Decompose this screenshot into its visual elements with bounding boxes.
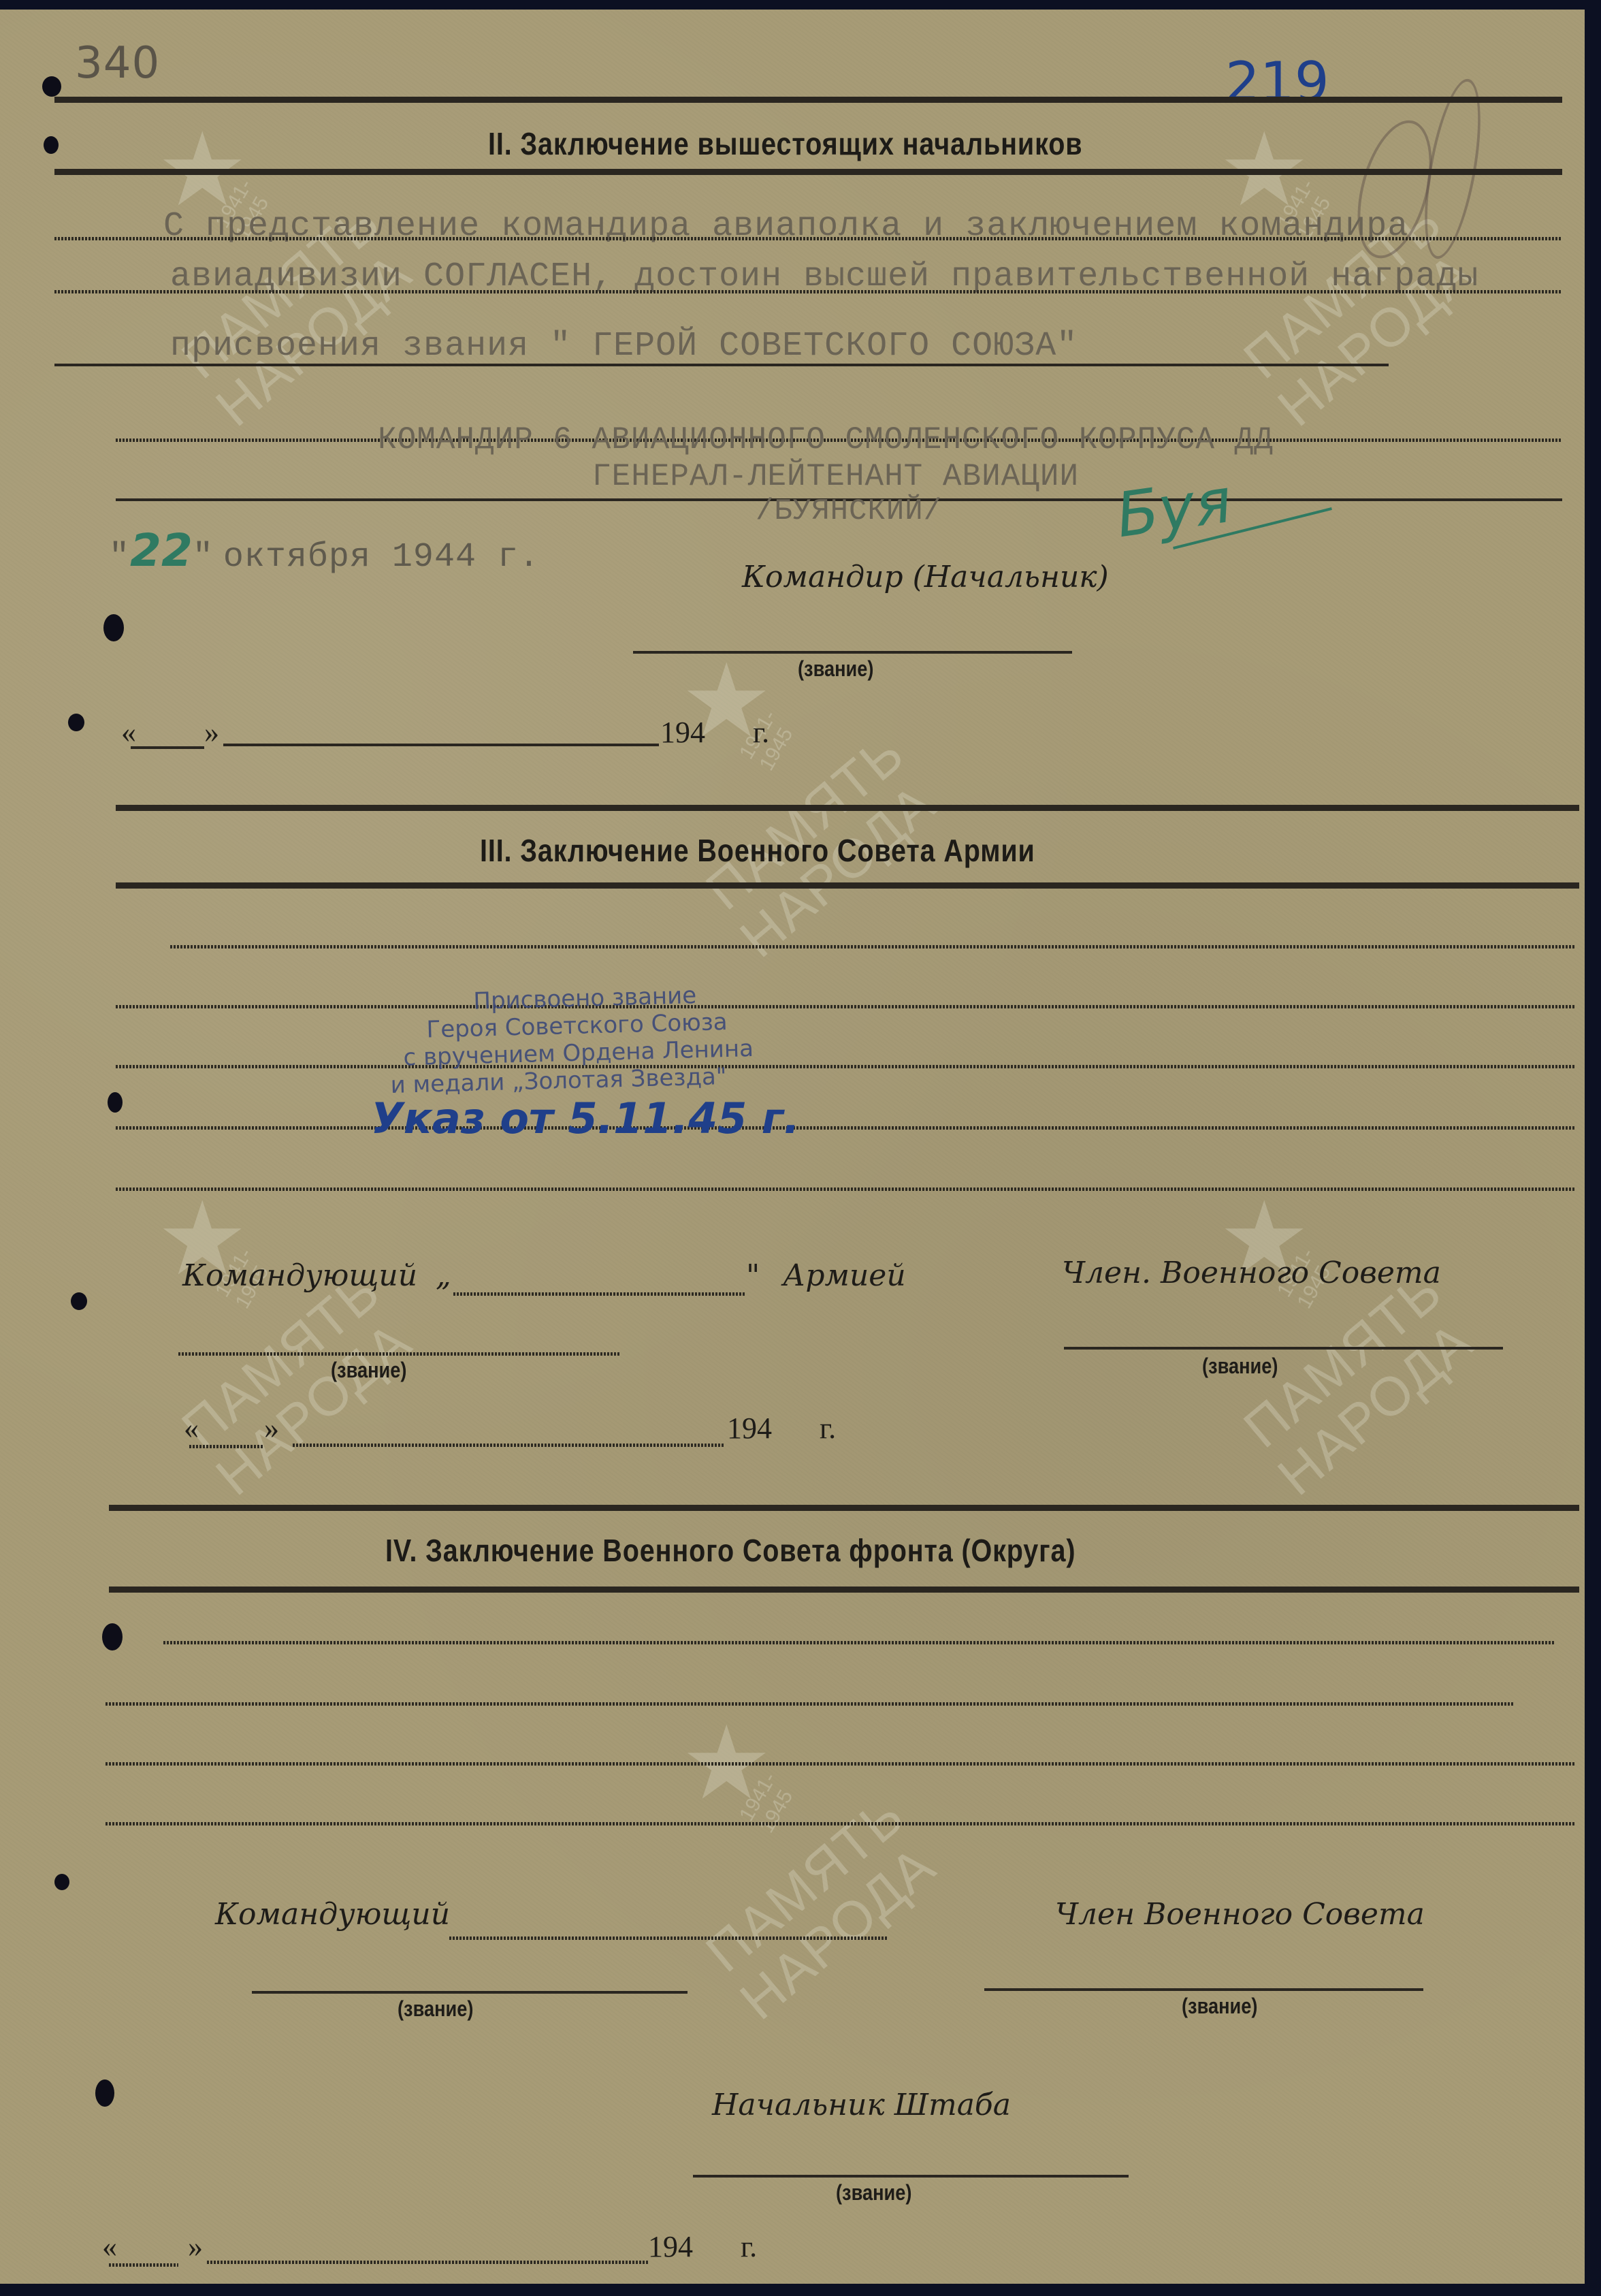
rank-caption: (звание) xyxy=(798,656,873,682)
fill-line xyxy=(116,1065,1576,1068)
decree-note: Указ от 5.11.45 г. xyxy=(371,1094,800,1143)
punch-hole xyxy=(95,2079,114,2107)
date-month-year: октября 1944 г. xyxy=(223,538,540,577)
fill-line xyxy=(54,364,1389,366)
signatory-title: КОМАНДИР 6 АВИАЦИОННОГО СМОЛЕНСКОГО КОРП… xyxy=(378,422,1274,458)
fill-line xyxy=(163,1641,1555,1644)
fill-line xyxy=(106,1822,1576,1825)
army-label: Армией xyxy=(783,1258,906,1293)
blank-date-close: » xyxy=(204,715,219,750)
punch-hole xyxy=(108,1092,123,1113)
blank-year-suffix: г. xyxy=(820,1411,836,1446)
council-member-label: Член Военного Совета xyxy=(1055,1897,1425,1932)
rank-caption: (звание) xyxy=(398,1996,473,2022)
blank-day-line xyxy=(131,746,204,749)
commander-label: Командир (Начальник) xyxy=(742,560,1109,594)
section-2-date: "22" октября 1944 г. xyxy=(109,524,540,577)
blank-month-line xyxy=(293,1444,725,1447)
rank-line xyxy=(178,1352,621,1356)
rank-caption: (звание) xyxy=(836,2180,911,2205)
blank-date-open: « xyxy=(102,2229,117,2264)
divider xyxy=(109,1505,1579,1511)
front-commander-label: Командующий xyxy=(215,1897,450,1932)
fill-line xyxy=(106,1702,1515,1706)
date-day: 22 xyxy=(130,524,193,577)
council-member-label: Член. Военного Совета xyxy=(1062,1256,1441,1290)
blank-year: 194 xyxy=(727,1411,772,1446)
punch-hole xyxy=(68,714,84,731)
blank-day-line xyxy=(189,1445,264,1448)
award-stamp: Присвоено звание Героя Советского Союза … xyxy=(388,980,754,1099)
punch-hole xyxy=(54,1874,69,1890)
signature: Буя xyxy=(1112,465,1236,552)
blank-year-suffix: г. xyxy=(753,715,769,750)
fill-line xyxy=(170,945,1576,948)
archive-number-pencil: 340 xyxy=(75,38,160,89)
document-page: ★ 1941-1945 ПАМЯТЬ НАРОДА ★ 1941-1945 ПА… xyxy=(0,10,1585,2284)
section-4-title: IV. Заключение Военного Совета фронта (О… xyxy=(385,1532,1076,1569)
rank-caption: (звание) xyxy=(1202,1354,1278,1379)
rank-line xyxy=(984,1988,1423,1991)
blank-day-line xyxy=(109,2263,178,2267)
punch-hole xyxy=(102,1623,123,1651)
blank-date-close: » xyxy=(188,2229,203,2264)
blank-month-line xyxy=(207,2261,649,2264)
blank-year: 194 xyxy=(660,715,705,750)
signatory-name: /БУЯНСКИЙ/ xyxy=(756,494,942,528)
divider xyxy=(116,805,1579,811)
divider xyxy=(54,97,1562,103)
divider xyxy=(54,169,1562,175)
archive-number-blue: 219 xyxy=(1225,50,1329,114)
rank-line xyxy=(633,651,1072,654)
rank-caption: (звание) xyxy=(331,1358,406,1383)
section-3-title: III. Заключение Военного Совета Армии xyxy=(480,832,1035,869)
signatory-rank: ГЕНЕРАЛ-ЛЕЙТЕНАНТ АВИАЦИИ xyxy=(592,459,1079,494)
rank-line xyxy=(1064,1347,1503,1350)
blank-year-suffix: г. xyxy=(741,2229,757,2264)
blank-date-open: « xyxy=(184,1411,199,1446)
punch-hole xyxy=(42,76,61,97)
fill-line xyxy=(54,290,1562,293)
punch-hole xyxy=(44,136,59,154)
fill-line xyxy=(116,1187,1576,1191)
commander-name-line xyxy=(449,1936,888,1940)
divider xyxy=(109,1587,1579,1593)
fill-line xyxy=(54,237,1562,240)
section-2-title: II. Заключение вышестоящих начальников xyxy=(488,125,1082,162)
punch-hole xyxy=(103,614,124,641)
punch-hole xyxy=(71,1292,87,1310)
divider xyxy=(116,882,1579,889)
blank-date-close: » xyxy=(264,1411,279,1446)
rank-caption: (звание) xyxy=(1182,1994,1257,2019)
rank-line xyxy=(252,1991,688,1994)
fill-line xyxy=(116,1126,1576,1130)
army-name-line xyxy=(453,1292,746,1296)
army-commander-label: Командующий xyxy=(182,1258,417,1293)
rank-line xyxy=(693,2175,1129,2178)
section-2-typed-line: присвоения звания " ГЕРОЙ СОВЕТСКОГО СОЮ… xyxy=(170,327,1078,366)
blank-date-open: « xyxy=(121,715,136,750)
fill-line xyxy=(116,1005,1576,1008)
blank-month-line xyxy=(223,744,659,746)
blank-year: 194 xyxy=(648,2229,693,2264)
chief-of-staff-label: Начальник Штаба xyxy=(712,2088,1011,2122)
fill-line xyxy=(106,1762,1576,1766)
